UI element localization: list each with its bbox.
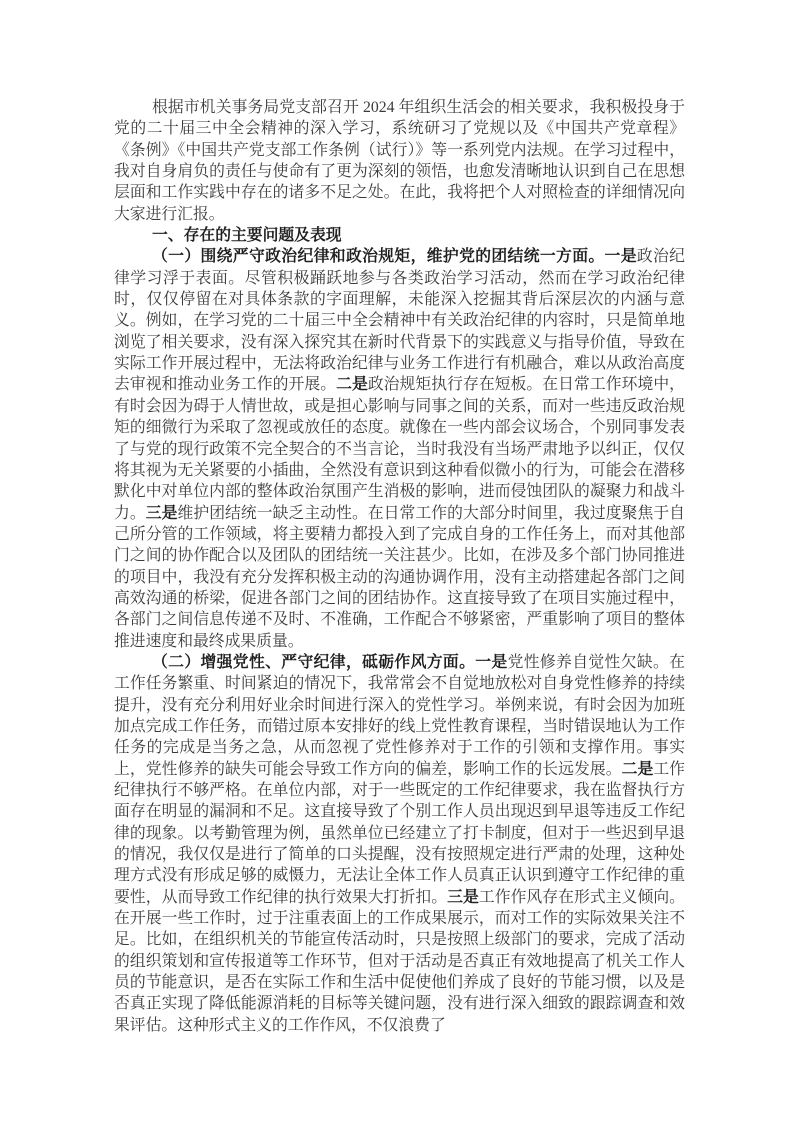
paragraph-intro-text: 根据市机关事务局党支部召开 2024 年组织生活会的相关要求，我积极投身于党的二… <box>114 99 685 223</box>
section-1-point-1-text: 政治纪律学习浮于表面。尽管积极踊跃地参与各类政治学习活动，然而在学习政治纪律时，… <box>114 248 685 393</box>
section-1-point-2-text: 政治规矩执行存在短板。在日常工作环境中，有时会因为碍于人情世故，或是担心影响与同… <box>114 376 685 521</box>
section-1-subheading: （一）围绕严守政治纪律和政治规矩，维护党的团结统一方面。一是 <box>152 248 637 265</box>
paragraph-section-2: （二）增强党性、严守纪律，砥砺作风方面。一是党性修养自觉性欠缺。在工作任务繁重、… <box>114 652 685 1036</box>
section-1-point-3-marker: 三是 <box>146 505 178 522</box>
section-2-point-3-marker: 三是 <box>447 889 479 906</box>
section-1-point-2-marker: 二是 <box>336 376 368 393</box>
section-2-point-2-marker: 二是 <box>622 761 654 778</box>
document-page: 根据市机关事务局党支部召开 2024 年组织生活会的相关要求，我积极投身于党的二… <box>0 0 793 1122</box>
section-heading-text: 一、存在的主要问题及表现 <box>152 227 342 244</box>
section-2-point-1-text: 党性修养自觉性欠缺。在工作任务繁重、时间紧迫的情况下，我常常会不自觉地放松对自身… <box>114 654 685 778</box>
section-2-subheading: （二）增强党性、严守纪律，砥砺作风方面。一是 <box>152 654 508 671</box>
section-1-point-3-text: 维护团结统一缺乏主动性。在日常工作的大部分时间里，我过度聚焦于自己所分管的工作领… <box>114 505 685 650</box>
paragraph-section-1: （一）围绕严守政治纪律和政治规矩，维护党的团结统一方面。一是政治纪律学习浮于表面… <box>114 246 685 652</box>
section-2-point-2-text: 工作纪律执行不够严格。在单位内部，对于一些既定的工作纪律要求，我在监督执行方面存… <box>114 761 685 906</box>
section-2-point-3-text: 工作作风存在形式主义倾向。在开展一些工作时，过于注重表面上的工作成果展示，而对工… <box>114 889 685 1034</box>
paragraph-intro: 根据市机关事务局党支部召开 2024 年组织生活会的相关要求，我积极投身于党的二… <box>114 97 685 225</box>
section-heading-main-problems: 一、存在的主要问题及表现 <box>114 225 685 246</box>
